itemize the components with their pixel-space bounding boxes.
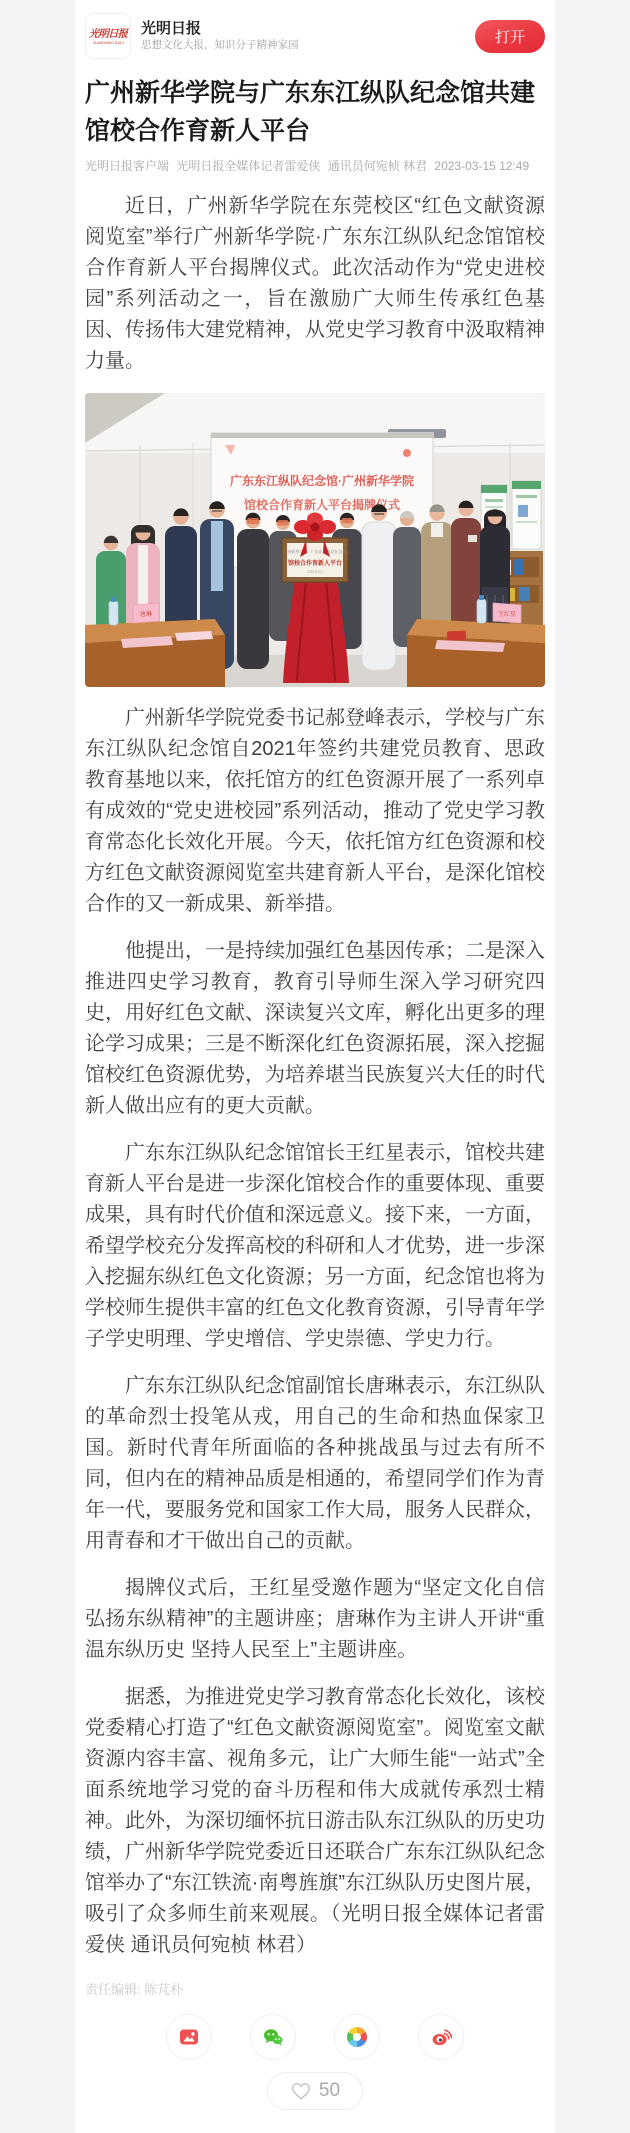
wechat-share-button[interactable] bbox=[250, 2014, 296, 2060]
article-paragraph: 揭牌仪式后，王红星受邀作题为“坚定文化自信 弘扬东纵精神”的主题讲座；唐琳作为主… bbox=[85, 1573, 545, 1666]
gallery-icon bbox=[179, 2027, 199, 2047]
app-tagline: 思想文化大报，知识分子精神家园 bbox=[141, 38, 475, 53]
moments-icon bbox=[347, 2027, 367, 2047]
article-paragraph: 近日，广州新华学院在东莞校区“红色文献资源阅览室”举行广州新华学院·广东东江纵队… bbox=[85, 191, 545, 377]
app-header-text: 光明日报 思想文化大报，知识分子精神家园 bbox=[141, 19, 475, 53]
editor-line: 责任编辑: 陈芃朴 bbox=[85, 1981, 545, 1998]
svg-text:王红星: 王红星 bbox=[498, 610, 516, 618]
phone bbox=[447, 630, 466, 640]
editor-name: 陈芃朴 bbox=[144, 1982, 183, 1997]
publish-time: 2023-03-15 12:49 bbox=[434, 159, 529, 173]
svg-text:2023年3月: 2023年3月 bbox=[307, 569, 323, 574]
like-row: 50 bbox=[85, 2072, 545, 2110]
logo-subtitle: GUANGMING DAILY bbox=[92, 41, 123, 43]
byline: 光明日报客户端 光明日报全媒体记者雷爱侠 通讯员何宛桢 林君 2023-03-1… bbox=[85, 158, 545, 175]
like-button[interactable]: 50 bbox=[267, 2072, 363, 2110]
moments-share-button[interactable] bbox=[334, 2014, 380, 2060]
heart-icon bbox=[290, 2081, 312, 2101]
editor-label: 责任编辑: bbox=[85, 1982, 141, 1997]
article-photo[interactable]: 广东东江纵队纪念馆·广州新华学院 馆校合作育新人平台揭牌仪式 bbox=[85, 393, 545, 687]
app-header: 光明日报 GUANGMING DAILY 光明日报 思想文化大报，知识分子精神家… bbox=[85, 12, 545, 60]
article-paragraph: 广东东江纵队纪念馆副馆长唐琳表示，东江纵队的革命烈士投笔从戎，用自己的生命和热血… bbox=[85, 1371, 545, 1557]
article-card: 光明日报 GUANGMING DAILY 光明日报 思想文化大报，知识分子精神家… bbox=[75, 0, 555, 2133]
wechat-icon bbox=[263, 2027, 284, 2047]
photo-screen-title-line1: 广东东江纵队纪念馆·广州新华学院 bbox=[230, 473, 415, 488]
svg-text:广州新华学院 · 广东东江纵队纪念馆: 广州新华学院 · 广东东江纵队纪念馆 bbox=[283, 548, 347, 554]
article-paragraph: 据悉，为推进党史学习教育常态化长效化，该校党委精心打造了“红色文献资源阅览室”。… bbox=[85, 1682, 545, 1961]
svg-text:唐琳: 唐琳 bbox=[140, 610, 152, 618]
byline-reporters: 光明日报全媒体记者雷爱侠 bbox=[176, 159, 320, 173]
guangming-daily-logo[interactable]: 光明日报 GUANGMING DAILY bbox=[85, 13, 131, 59]
share-bar bbox=[85, 2014, 545, 2060]
weibo-share-button[interactable] bbox=[418, 2014, 464, 2060]
page: 光明日报 GUANGMING DAILY 光明日报 思想文化大报，知识分子精神家… bbox=[0, 0, 630, 2133]
gallery-share-button[interactable] bbox=[166, 2014, 212, 2060]
plaque-text: 馆校合作育新人平台 bbox=[288, 559, 342, 567]
like-count: 50 bbox=[319, 2080, 340, 2102]
right-name-card: 王红星 bbox=[493, 603, 521, 623]
open-app-button[interactable]: 打开 bbox=[475, 20, 545, 53]
byline-source: 光明日报客户端 bbox=[85, 159, 169, 173]
article-title: 广州新华学院与广东东江纵队纪念馆共建馆校合作育新人平台 bbox=[85, 74, 545, 150]
article-paragraph: 广州新华学院党委书记郝登峰表示，学校与广东东江纵队纪念馆自2021年签约共建党员… bbox=[85, 703, 545, 920]
byline-correspondents: 通讯员何宛桢 林君 bbox=[328, 159, 427, 173]
article-paragraph: 他提出，一是持续加强红色基因传承；二是深入推进四史学习教育，教育引导师生深入学习… bbox=[85, 936, 545, 1122]
weibo-icon bbox=[431, 2027, 452, 2047]
ceremony-photo-illustration: 广东东江纵队纪念馆·广州新华学院 馆校合作育新人平台揭牌仪式 bbox=[85, 393, 545, 687]
app-name: 光明日报 bbox=[141, 19, 475, 38]
logo-title: 光明日报 bbox=[89, 26, 127, 41]
article-paragraph: 广东东江纵队纪念馆馆长王红星表示，馆校共建育新人平台是进一步深化馆校合作的重要体… bbox=[85, 1138, 545, 1355]
left-name-card: 唐琳 bbox=[133, 603, 159, 623]
water-bottle bbox=[109, 597, 118, 625]
water-bottle bbox=[477, 595, 486, 623]
